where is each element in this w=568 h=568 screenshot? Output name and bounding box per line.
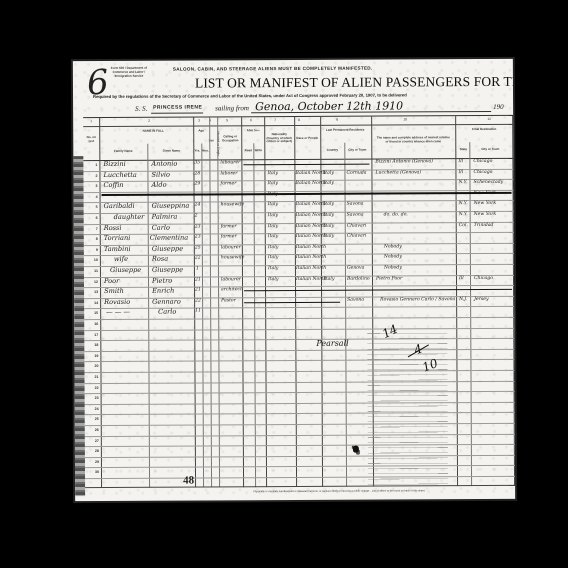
family-name: Smith: [104, 287, 124, 295]
dest-city: Chicago: [473, 170, 492, 175]
race: Italian North: [295, 170, 325, 175]
relative: Nobody: [384, 244, 402, 249]
row-number: 23: [87, 396, 99, 400]
row-number: 2: [85, 174, 97, 178]
occupation: architect: [221, 287, 242, 292]
ship-name-underline: [151, 112, 203, 113]
nationality: Italy: [268, 224, 278, 229]
age: 29: [194, 182, 200, 187]
table-row-empty: 30: [85, 465, 515, 479]
inspector-signature: Pearsall: [316, 339, 348, 348]
colnum: 6: [247, 119, 255, 123]
city: Savona: [347, 213, 364, 218]
row-number: 19: [86, 354, 98, 358]
occupation: labourer: [221, 245, 241, 250]
given-name: Gennaro: [152, 297, 181, 305]
year-suffix: 190: [493, 103, 504, 111]
race: Italian North: [296, 276, 326, 281]
nationality: Italy: [268, 202, 278, 207]
row-number: 21: [86, 375, 98, 379]
age: 11: [195, 309, 201, 314]
country: Italy: [324, 234, 334, 239]
sailing-underline: [251, 111, 491, 113]
occupation: farmer: [221, 234, 237, 239]
occupation: labourer: [221, 277, 241, 282]
given-name: Silvio: [151, 170, 170, 178]
nationality: Italy: [267, 181, 277, 186]
row-number: 30: [87, 470, 99, 474]
country: Italy: [324, 223, 334, 228]
given-name: Enrich: [152, 287, 174, 295]
office-stamp: Form 630 / Department of Commerce and La…: [107, 66, 151, 78]
header-race: Race or People: [295, 137, 319, 141]
age: 23: [195, 224, 201, 229]
header-last-residence: Last Permanent Residence: [321, 129, 369, 133]
state: Col.: [459, 223, 468, 228]
header-state: State: [457, 148, 469, 152]
dest-city: Chicago: [474, 276, 493, 281]
nationality: Italy: [268, 277, 278, 282]
age: 35: [194, 160, 200, 165]
header-no-on-list: No. on List: [85, 136, 97, 143]
family-name: Bizzini: [103, 160, 125, 168]
dest-city: Jersey: [474, 297, 488, 302]
strikethrough: [244, 302, 340, 304]
family-name: Tambini: [104, 245, 131, 253]
row-number: 1: [85, 163, 97, 167]
header-country: Country: [321, 149, 343, 153]
ruled-relative-block: [367, 328, 448, 484]
row-number: 14: [86, 301, 98, 305]
age: 25: [195, 245, 201, 250]
family-name: Giuseppe: [110, 266, 141, 274]
race: Italian North: [296, 223, 326, 228]
relative: Bizzini Antonio (Genova): [375, 159, 433, 164]
given-name: Giuseppe: [152, 266, 183, 274]
row-number: 8: [86, 237, 98, 241]
city: Genova: [347, 266, 364, 271]
header-given-name: Given Name: [149, 150, 193, 154]
row-number: 9: [86, 248, 98, 252]
relative: Rovasio Gennaro Carlo / Savona: [380, 297, 455, 302]
race: Italian North: [296, 245, 326, 250]
document-title: LIST OR MANIFEST OF ALIEN PASSENGERS FOR…: [195, 74, 515, 92]
row-number: 17: [86, 333, 98, 337]
occupation: Pastor: [221, 298, 236, 303]
family-name: Rossi: [104, 223, 122, 231]
strikethrough: [102, 192, 512, 196]
colnum: 2: [143, 120, 155, 124]
family-name: — — —: [106, 308, 130, 316]
city: Savona: [347, 297, 364, 302]
header-write: Write: [253, 149, 263, 153]
age: 28: [194, 171, 200, 176]
header-age-yrs: Yrs.: [193, 149, 201, 153]
relative: Nobody: [384, 265, 402, 270]
row-number: 20: [86, 364, 98, 368]
age: 2: [195, 214, 198, 219]
relative: do. do. do.: [384, 212, 408, 217]
city: Cornuda: [346, 170, 366, 175]
family-name: Garibaldi: [104, 202, 135, 210]
colnum: 3: [195, 119, 203, 123]
row-number: 3: [85, 184, 97, 188]
row-number: 25: [87, 417, 99, 421]
state: N.Y.: [458, 180, 467, 185]
family-name: Coffin: [103, 181, 123, 189]
sheet-number: 48: [183, 475, 194, 487]
top-notice: SALOON, CABIN, AND STEERAGE ALIENS MUST …: [173, 65, 473, 72]
race: Italian North: [295, 181, 325, 186]
occupation: farmer: [221, 224, 237, 229]
footnote: Physically or mentally handicapped or di…: [253, 489, 473, 494]
family-name: Torriani: [104, 234, 131, 242]
header-age: Age: [195, 129, 207, 133]
row-number: 15: [86, 311, 98, 315]
age: 23: [195, 235, 201, 240]
given-name: Carlo: [158, 308, 176, 316]
occupation: housewife: [221, 256, 245, 261]
race: Italian North: [296, 255, 326, 260]
family-name: Poor: [104, 277, 119, 285]
given-name: Palmira: [152, 213, 178, 221]
header-calling: Calling or Occupation: [219, 135, 241, 142]
row-number: 5: [86, 205, 98, 209]
dest-city: Trinidad: [474, 223, 494, 228]
occupation: laborer: [220, 171, 237, 176]
header-dest-city: City or Town: [471, 148, 509, 152]
given-name: Giuseppina: [152, 202, 190, 210]
state: Ill: [459, 276, 464, 281]
race: Italian North: [296, 266, 326, 271]
header-family-name: Family Name: [101, 150, 145, 154]
colnum: 1: [85, 120, 97, 124]
relative: Nobody: [384, 255, 402, 260]
row-number: 22: [87, 386, 99, 390]
row-number: 10: [86, 258, 98, 262]
strikethrough: [243, 164, 369, 166]
regulation-line: Required by the regulations of the Secre…: [93, 92, 513, 99]
colnum: 10: [401, 118, 409, 122]
colnum: 11: [485, 118, 493, 122]
age: 21: [195, 288, 201, 293]
ship-line: S. S. PRINCESS IRENE sailing from Genoa,…: [133, 99, 513, 115]
family-name: Lucchetta: [103, 170, 136, 178]
age: 22: [195, 256, 201, 261]
given-name: Pietro: [152, 276, 172, 284]
header-nationality: Nationality (Country of which citizen or…: [265, 133, 293, 144]
header-name-in-full: NAME IN FULL: [113, 130, 193, 134]
state: Ill: [458, 159, 463, 164]
colnum: 9: [333, 119, 341, 123]
relative: Lucchetta (Genova): [375, 170, 421, 175]
row-number: 26: [87, 428, 99, 432]
given-name: Antonio: [151, 160, 177, 168]
ink-smudge: [353, 446, 359, 453]
row-number: 27: [87, 439, 99, 443]
race: Italian North: [296, 202, 326, 207]
header-age-mos: Mos.: [201, 149, 209, 153]
colnum: 7: [271, 119, 279, 123]
state: N.Y.: [459, 201, 468, 206]
family-name: wife: [114, 255, 128, 263]
row-number: 18: [86, 343, 98, 347]
dest-city: Chicago: [473, 159, 492, 164]
given-name: Aldo: [151, 181, 166, 189]
given-name: Rosa: [152, 255, 168, 263]
header-city-town: City or Town: [345, 149, 369, 153]
occupation: farmer: [220, 181, 236, 186]
row-number: 12: [86, 280, 98, 284]
header-final-destination: Final Destination: [459, 128, 509, 132]
age: 1: [196, 266, 199, 271]
given-name: Giuseppe: [152, 244, 183, 252]
manifest-page: 6 Form 630 / Department of Commerce and …: [73, 59, 515, 501]
nationality: Italy: [268, 245, 278, 250]
age: 24: [195, 203, 201, 208]
nationality: Italy: [268, 255, 278, 260]
state: N.J.: [459, 297, 467, 302]
row-number: 4: [86, 195, 98, 199]
state: N.Y.: [459, 212, 468, 217]
occupation: housewife: [221, 203, 245, 208]
city: Bardolino: [347, 276, 370, 281]
ship-prefix: S. S.: [135, 105, 147, 113]
dest-city: New York: [474, 201, 497, 206]
country: Italy: [323, 181, 333, 186]
strikethrough: [244, 289, 512, 291]
family-name: daughter: [114, 213, 145, 221]
manifest-table: 1 2 3 4 5 6 7 8 9 10 11 No. on List NAME…: [83, 115, 515, 488]
sailing-from-label: sailing from: [215, 104, 249, 112]
row-number: 16: [86, 322, 98, 326]
country: Italy: [324, 276, 334, 281]
race: Italian North: [296, 213, 326, 218]
age: 22: [195, 298, 201, 303]
nationality: Italy: [268, 266, 278, 271]
given-name: Carlo: [152, 223, 170, 231]
city: Savona: [347, 202, 364, 207]
row-number: 28: [87, 449, 99, 453]
row-number: 7: [86, 227, 98, 231]
city: Chiavari: [347, 234, 367, 239]
colnum: 5: [223, 119, 231, 123]
occupation: labourer: [220, 160, 240, 165]
country: Italy: [324, 202, 334, 207]
header-read: Read: [243, 149, 253, 153]
city: Chiavari: [347, 223, 367, 228]
given-name: Clementina: [150, 234, 188, 242]
header-relative: The name and complete address of nearest…: [375, 136, 451, 144]
header-able-to: Able to—: [243, 129, 263, 133]
state: Ill: [458, 170, 463, 175]
dest-city: New York: [474, 212, 497, 217]
dest-city: Schenectady: [473, 180, 503, 185]
country: Italy: [323, 170, 333, 175]
colnum: 8: [295, 119, 303, 123]
row-number: 13: [86, 290, 98, 294]
country: Italy: [324, 213, 334, 218]
race: Italian North: [296, 234, 326, 239]
nationality: Italy: [268, 213, 278, 218]
row-number: 24: [87, 407, 99, 411]
nationality: Italy: [268, 234, 278, 239]
relative: Pietro Poor: [376, 276, 402, 281]
row-number: 6: [86, 216, 98, 220]
family-name: Rovasio: [104, 298, 130, 306]
row-number: 11: [86, 269, 98, 273]
age: 21: [195, 277, 201, 282]
ship-name: PRINCESS IRENE: [153, 104, 202, 110]
nationality: Italy: [267, 171, 277, 176]
row-number: 29: [87, 460, 99, 464]
